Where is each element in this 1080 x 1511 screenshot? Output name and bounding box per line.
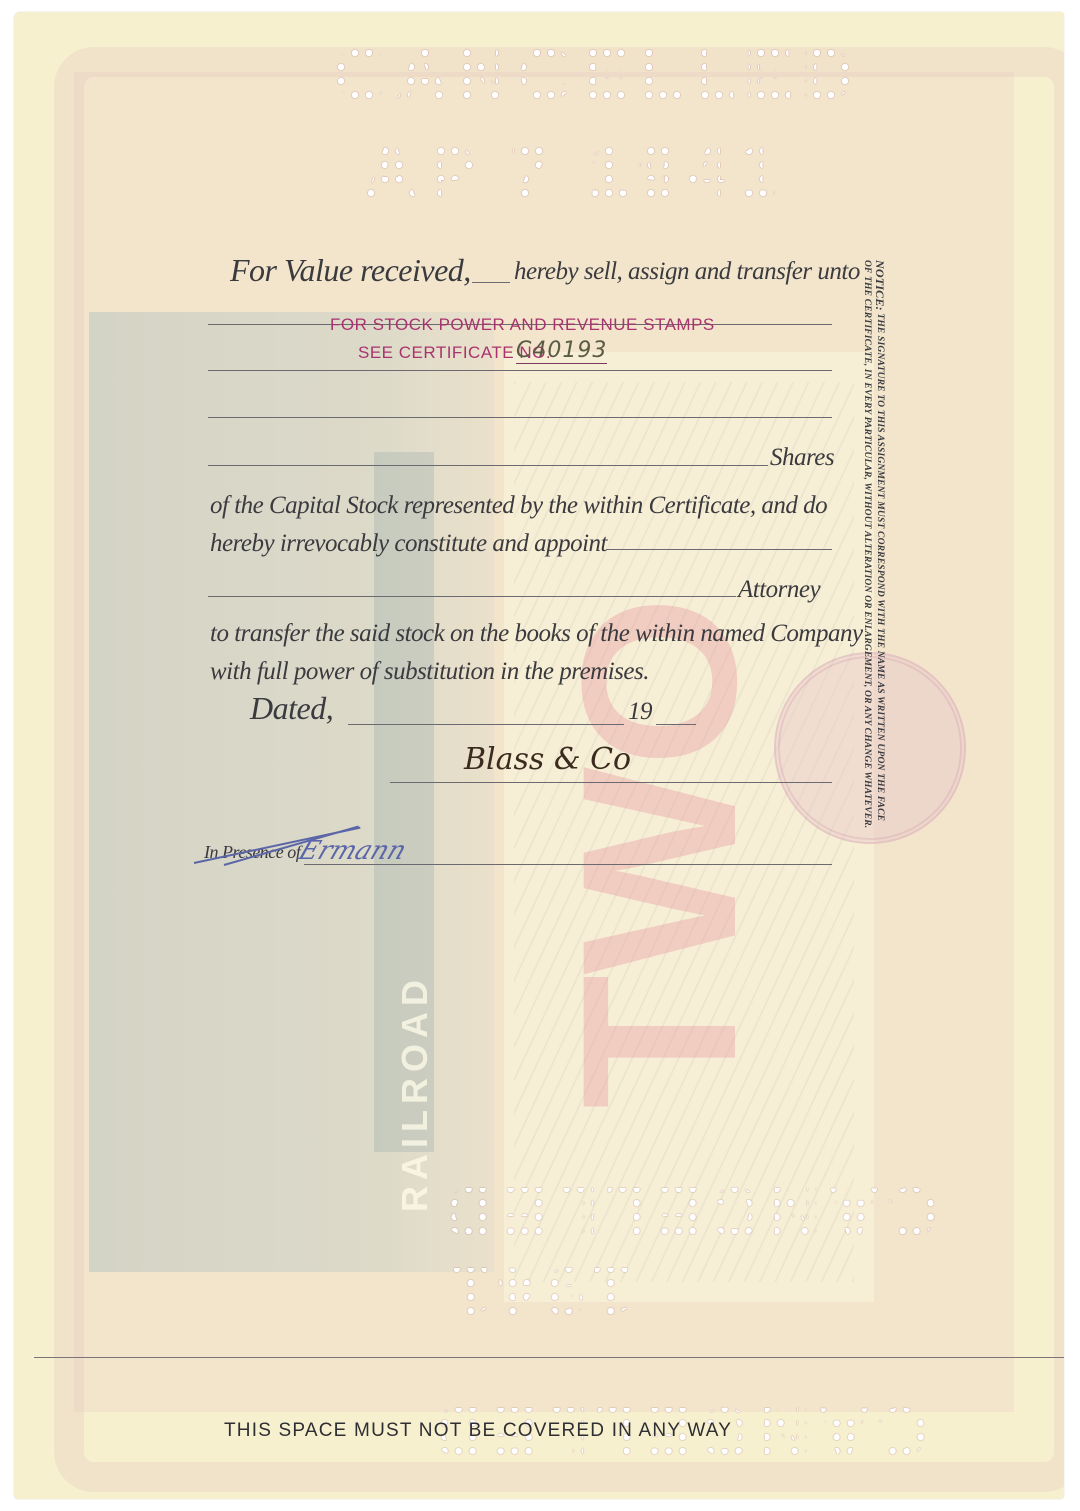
capital-stock-text: of the Capital Stock represented by the … xyxy=(210,492,827,520)
attorney-label: Attorney xyxy=(738,576,820,604)
stock-power-stamp-line-1: FOR STOCK POWER AND REVENUE STAMPS xyxy=(330,315,715,335)
do-not-cover-notice: THIS SPACE MUST NOT BE COVERED IN ANY WA… xyxy=(224,1420,732,1442)
shares-blank[interactable] xyxy=(208,465,768,466)
attorney-name-blank[interactable] xyxy=(606,549,832,550)
shares-label: Shares xyxy=(770,444,834,472)
year-prefix: 19 xyxy=(628,698,652,726)
witness-line[interactable] xyxy=(304,864,832,865)
dated-label: Dated, xyxy=(250,690,333,727)
notice-line-2: OF THE CERTIFICATE, IN EVERY PARTICULAR,… xyxy=(862,260,872,828)
perforation-cancelled-bottom-1: CANCELLED xyxy=(434,1172,938,1252)
transfer-text: to transfer the said stock on the books … xyxy=(210,620,863,648)
for-value-received-label: For Value received, xyxy=(230,252,471,289)
perforation-cancelled-top: CANCELLED xyxy=(334,32,862,117)
certificate-number: C40193 xyxy=(516,338,607,364)
notice-heading: NOTICE: xyxy=(873,260,887,311)
attorney-blank[interactable] xyxy=(208,596,736,597)
certificate-paper: TWO RAILROAD CANCELLED AP 7 1941 CANCELL… xyxy=(14,12,1064,1499)
year-blank[interactable] xyxy=(656,724,696,725)
notice-line-1: THE SIGNATURE TO THIS ASSIGNMENT MUST CO… xyxy=(875,313,885,821)
date-blank[interactable] xyxy=(348,724,624,725)
hereby-sell-label: hereby sell, assign and transfer unto xyxy=(514,258,860,286)
perforation-date-top: AP 7 1941 xyxy=(364,130,784,215)
signature-line[interactable] xyxy=(390,782,832,783)
bleed-through-company-name: RAILROAD xyxy=(394,712,454,1212)
footer-divider xyxy=(34,1357,1064,1358)
bleed-through-denomination: TWO xyxy=(564,462,734,1242)
assignor-blank[interactable] xyxy=(472,282,510,283)
perforation-date-bottom: 1941 xyxy=(444,1252,632,1332)
assignee-line-2[interactable] xyxy=(208,370,832,371)
assignee-line-3[interactable] xyxy=(208,417,832,418)
signature-notice: NOTICE: THE SIGNATURE TO THIS ASSIGNMENT… xyxy=(856,260,886,920)
substitution-text: with full power of substitution in the p… xyxy=(210,658,649,686)
assignor-signature: Blass & Co xyxy=(464,742,631,777)
appoint-text: hereby irrevocably constitute and appoin… xyxy=(210,530,607,558)
